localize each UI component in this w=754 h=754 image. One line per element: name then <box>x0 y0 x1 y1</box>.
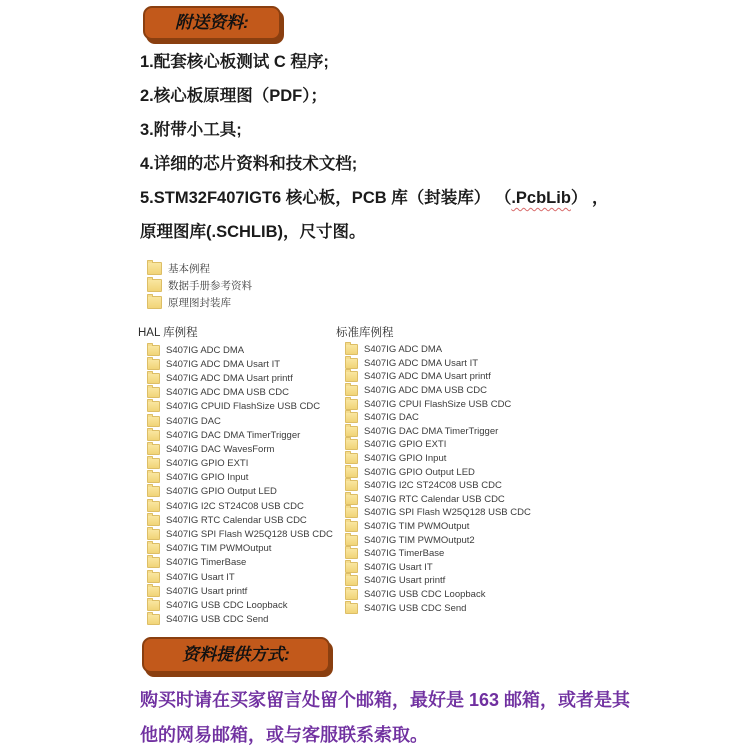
folder-icon <box>345 535 358 546</box>
folder-name: S407IG Usart IT <box>364 562 433 573</box>
folder-icon <box>345 548 358 559</box>
folder-name: S407IG I2C ST24C08 USB CDC <box>166 501 304 512</box>
folder-icon <box>345 399 358 410</box>
folder-name: S407IG GPIO Output LED <box>364 467 475 478</box>
folder-name: S407IG USB CDC Send <box>364 603 466 614</box>
folder-icon <box>147 416 160 427</box>
std-folder-list: S407IG ADC DMA S407IG ADC DMA Usart IT S… <box>345 343 531 615</box>
included-materials-banner: 附送资料: <box>143 6 281 40</box>
hal-folder-row: S407IG GPIO EXTI <box>147 457 333 471</box>
folder-name: S407IG DAC <box>364 412 419 423</box>
folder-name: S407IG GPIO EXTI <box>364 439 446 450</box>
folder-name: S407IG DAC DMA TimerTrigger <box>364 426 498 437</box>
folder-name: S407IG ADC DMA USB CDC <box>166 387 289 398</box>
folder-icon <box>345 603 358 614</box>
std-folder-row: S407IG Usart IT <box>345 561 531 575</box>
folder-icon <box>345 589 358 600</box>
folder-name: S407IG ADC DMA Usart IT <box>166 359 280 370</box>
folder-name: S407IG DAC WavesForm <box>166 444 274 455</box>
folder-name: S407IG RTC Calendar USB CDC <box>166 515 307 526</box>
std-folder-row: S407IG ADC DMA USB CDC <box>345 384 531 398</box>
std-examples-column: 标准库例程 S407IG ADC DMA S407IG ADC DMA Usar… <box>336 324 531 615</box>
folder-name: S407IG GPIO Input <box>166 472 248 483</box>
folder-name: S407IG CPUI FlashSize USB CDC <box>364 399 511 410</box>
folder-icon <box>147 359 160 370</box>
folder-name: S407IG Usart IT <box>166 572 235 583</box>
materials-list-item-5-line-2: 原理图库(.SCHLIB)，尺寸图。 <box>140 215 609 249</box>
hal-column-header: HAL 库例程 <box>138 324 333 343</box>
std-folder-row: S407IG I2C ST24C08 USB CDC <box>345 479 531 493</box>
hal-folder-list: S407IG ADC DMA S407IG ADC DMA Usart IT S… <box>147 343 333 627</box>
hal-folder-row: S407IG TimerBase <box>147 556 333 570</box>
included-materials-banner-label: 附送资料: <box>175 13 249 32</box>
folder-icon <box>147 472 160 483</box>
product-description-page: 附送资料: 1.配套核心板测试 C 程序; 2.核心板原理图（PDF）； 3.附… <box>0 0 754 754</box>
materials-list-item: 1.配套核心板测试 C 程序; <box>140 45 609 79</box>
folder-name: S407IG SPI Flash W25Q128 USB CDC <box>364 507 531 518</box>
folder-icon <box>345 453 358 464</box>
item5-spellchecked-text: .PcbLib <box>511 189 571 207</box>
folder-name: S407IG ADC DMA Usart printf <box>166 373 293 384</box>
folder-name: S407IG GPIO Input <box>364 453 446 464</box>
std-folder-row: S407IG USB CDC Send <box>345 601 531 615</box>
std-folder-row: S407IG TIM PWMOutput2 <box>345 533 531 547</box>
hal-folder-row: S407IG GPIO Input <box>147 471 333 485</box>
folder-name: S407IG TIM PWMOutput <box>166 543 271 554</box>
folder-icon <box>345 358 358 369</box>
folder-icon <box>147 279 162 292</box>
folder-icon <box>147 430 160 441</box>
folder-icon <box>345 467 358 478</box>
hal-folder-row: S407IG RTC Calendar USB CDC <box>147 513 333 527</box>
folder-icon <box>147 373 160 384</box>
folder-name: 原理图封装库 <box>168 295 231 310</box>
std-folder-row: S407IG GPIO EXTI <box>345 438 531 452</box>
std-folder-row: S407IG DAC DMA TimerTrigger <box>345 425 531 439</box>
folder-name: S407IG GPIO EXTI <box>166 458 248 469</box>
delivery-note-line-2: 他的网易邮箱，或与客服联系索取。 <box>140 718 630 753</box>
folder-icon <box>345 507 358 518</box>
folder-icon <box>147 600 160 611</box>
std-folder-row: S407IG GPIO Input <box>345 452 531 466</box>
folder-name: S407IG ADC DMA <box>364 344 442 355</box>
delivery-note-line-1: 购买时请在买家留言处留个邮箱，最好是 163 邮箱，或者是其 <box>140 683 630 718</box>
folder-icon <box>345 494 358 505</box>
std-column-header: 标准库例程 <box>336 324 531 343</box>
folder-icon <box>345 344 358 355</box>
std-folder-row: S407IG GPIO Output LED <box>345 465 531 479</box>
item5-prefix: 5.STM32F407IGT6 核心板，PCB 库（封装库） （ <box>140 189 511 207</box>
std-folder-row: S407IG TimerBase <box>345 547 531 561</box>
hal-folder-row: S407IG SPI Flash W25Q128 USB CDC <box>147 527 333 541</box>
folder-icon <box>345 371 358 382</box>
materials-list-item: 4.详细的芯片资料和技术文档; <box>140 147 609 181</box>
folder-icon <box>345 426 358 437</box>
folder-name: S407IG ADC DMA <box>166 345 244 356</box>
folder-name: S407IG GPIO Output LED <box>166 486 277 497</box>
folder-icon <box>345 412 358 423</box>
folder-icon <box>345 562 358 573</box>
folder-icon <box>147 515 160 526</box>
std-folder-row: S407IG RTC Calendar USB CDC <box>345 493 531 507</box>
hal-examples-column: HAL 库例程 S407IG ADC DMA S407IG ADC DMA Us… <box>138 324 333 627</box>
folder-name: 数据手册参考资料 <box>168 278 252 293</box>
delivery-method-banner: 资料提供方式: <box>142 637 330 673</box>
folder-icon <box>147 296 162 309</box>
folder-name: 基本例程 <box>168 261 210 276</box>
folder-icon <box>147 557 160 568</box>
folder-icon <box>147 486 160 497</box>
std-folder-row: S407IG USB CDC Loopback <box>345 588 531 602</box>
root-folder-list: 基本例程 数据手册参考资料 原理图封装库 <box>147 260 252 311</box>
hal-folder-row: S407IG CPUID FlashSize USB CDC <box>147 400 333 414</box>
std-folder-row: S407IG CPUI FlashSize USB CDC <box>345 397 531 411</box>
folder-name: S407IG TIM PWMOutput <box>364 521 469 532</box>
hal-folder-row: S407IG TIM PWMOutput <box>147 542 333 556</box>
folder-icon <box>345 521 358 532</box>
root-folder-row: 基本例程 <box>147 260 252 277</box>
folder-name: S407IG I2C ST24C08 USB CDC <box>364 480 502 491</box>
folder-name: S407IG CPUID FlashSize USB CDC <box>166 401 320 412</box>
std-folder-row: S407IG SPI Flash W25Q128 USB CDC <box>345 506 531 520</box>
folder-name: S407IG TIM PWMOutput2 <box>364 535 475 546</box>
folder-name: S407IG ADC DMA USB CDC <box>364 385 487 396</box>
delivery-method-banner-label: 资料提供方式: <box>182 645 290 664</box>
folder-icon <box>345 439 358 450</box>
folder-icon <box>147 501 160 512</box>
folder-icon <box>147 586 160 597</box>
hal-folder-row: S407IG Usart printf <box>147 584 333 598</box>
std-folder-row: S407IG ADC DMA Usart printf <box>345 370 531 384</box>
folder-name: S407IG ADC DMA Usart printf <box>364 371 491 382</box>
folder-name: S407IG USB CDC Loopback <box>166 600 287 611</box>
std-folder-row: S407IG TIM PWMOutput <box>345 520 531 534</box>
item5-suffix: ） ， <box>571 189 609 207</box>
folder-name: S407IG DAC DMA TimerTrigger <box>166 430 300 441</box>
folder-name: S407IG USB CDC Send <box>166 614 268 625</box>
std-folder-row: S407IG DAC <box>345 411 531 425</box>
folder-name: S407IG Usart printf <box>364 575 445 586</box>
folder-icon <box>147 401 160 412</box>
folder-name: S407IG SPI Flash W25Q128 USB CDC <box>166 529 333 540</box>
folder-icon <box>147 387 160 398</box>
folder-name: S407IG RTC Calendar USB CDC <box>364 494 505 505</box>
folder-icon <box>147 458 160 469</box>
hal-folder-row: S407IG Usart IT <box>147 570 333 584</box>
folder-icon <box>147 543 160 554</box>
folder-icon <box>147 529 160 540</box>
hal-folder-row: S407IG DAC DMA TimerTrigger <box>147 428 333 442</box>
root-folder-row: 原理图封装库 <box>147 294 252 311</box>
std-folder-row: S407IG ADC DMA Usart IT <box>345 357 531 371</box>
std-folder-row: S407IG Usart printf <box>345 574 531 588</box>
folder-icon <box>147 262 162 275</box>
materials-list-item-5-line-1: 5.STM32F407IGT6 核心板，PCB 库（封装库） （.PcbLib）… <box>140 181 609 215</box>
folder-name: S407IG USB CDC Loopback <box>364 589 485 600</box>
hal-folder-row: S407IG DAC <box>147 414 333 428</box>
folder-name: S407IG DAC <box>166 416 221 427</box>
hal-folder-row: S407IG DAC WavesForm <box>147 442 333 456</box>
delivery-note: 购买时请在买家留言处留个邮箱，最好是 163 邮箱，或者是其 他的网易邮箱，或与… <box>140 683 630 753</box>
folder-icon <box>147 444 160 455</box>
folder-name: S407IG TimerBase <box>166 557 246 568</box>
folder-name: S407IG ADC DMA Usart IT <box>364 358 478 369</box>
hal-folder-row: S407IG USB CDC Loopback <box>147 598 333 612</box>
hal-folder-row: S407IG USB CDC Send <box>147 613 333 627</box>
folder-icon <box>345 575 358 586</box>
std-folder-row: S407IG ADC DMA <box>345 343 531 357</box>
folder-name: S407IG Usart printf <box>166 586 247 597</box>
folder-icon <box>147 614 160 625</box>
folder-icon <box>147 345 160 356</box>
materials-items: 1.配套核心板测试 C 程序; 2.核心板原理图（PDF）； 3.附带小工具; … <box>140 45 609 181</box>
hal-folder-row: S407IG ADC DMA USB CDC <box>147 386 333 400</box>
materials-list-item: 2.核心板原理图（PDF）； <box>140 79 609 113</box>
root-folder-row: 数据手册参考资料 <box>147 277 252 294</box>
hal-folder-row: S407IG I2C ST24C08 USB CDC <box>147 499 333 513</box>
folder-icon <box>147 572 160 583</box>
hal-folder-row: S407IG GPIO Output LED <box>147 485 333 499</box>
folder-icon <box>345 480 358 491</box>
folder-icon <box>345 385 358 396</box>
hal-folder-row: S407IG ADC DMA <box>147 343 333 357</box>
folder-name: S407IG TimerBase <box>364 548 444 559</box>
materials-list: 1.配套核心板测试 C 程序; 2.核心板原理图（PDF）； 3.附带小工具; … <box>140 45 609 249</box>
materials-list-item: 3.附带小工具; <box>140 113 609 147</box>
hal-folder-row: S407IG ADC DMA Usart printf <box>147 371 333 385</box>
hal-folder-row: S407IG ADC DMA Usart IT <box>147 357 333 371</box>
